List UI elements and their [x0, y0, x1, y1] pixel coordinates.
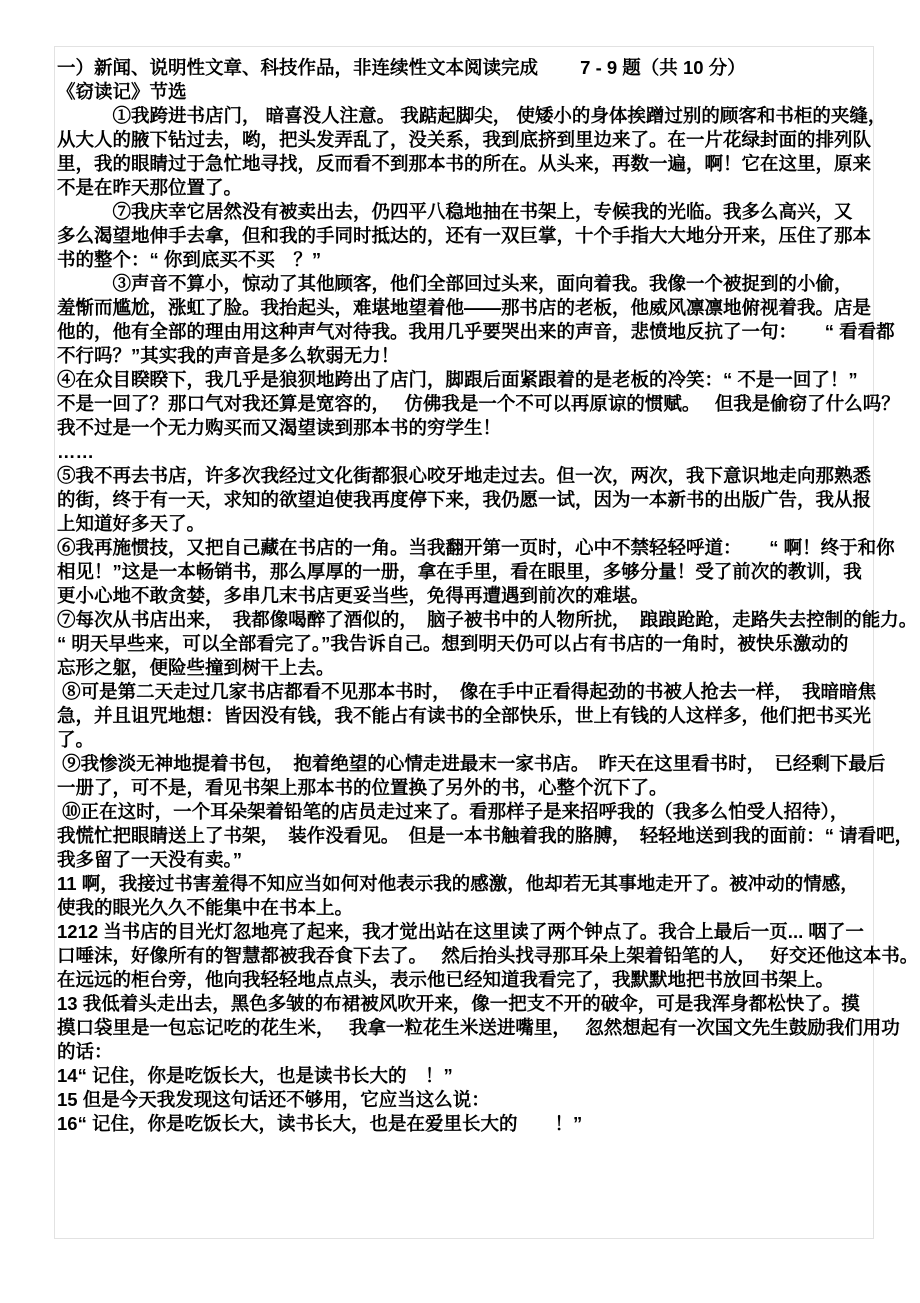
passage-line: 14“ 记住，你是吃饭长大，也是读书长大的 ！”: [57, 1064, 883, 1088]
passage-line: ⑤我不再去书店，许多次我经过文化街都狠心咬牙地走过去。但一次，两次，我下意识地走…: [57, 464, 883, 488]
passage-line: 书的整个：“ 你到底买不买 ？”: [57, 248, 883, 272]
passage-line: 里，我的眼睛过于急忙地寻找，反而看不到那本书的所在。从头来，再数一遍，啊！它在这…: [57, 152, 883, 176]
passage-line: 急，并且诅咒地想：皆因没有钱，我不能占有读书的全部快乐，世上有钱的人这样多，他们…: [57, 704, 883, 728]
passage-line: 11 啊，我接过书害羞得不知应当如何对他表示我的感激，他却若无其事地走开了。被冲…: [57, 872, 883, 896]
passage-line: ⑥我再施惯技，又把自己藏在书店的一角。当我翻开第一页时，心中不禁轻轻呼道： “ …: [57, 536, 883, 560]
passage-container: 一）新闻、说明性文章、科技作品，非连续性文本阅读完成 7 - 9 题（共 10 …: [57, 56, 883, 1136]
passage-line: 更小心地不敢贪婪，多串几末书店更妥当些，免得再遭遇到前次的难堪。: [57, 584, 883, 608]
passage-line: 从大人的腋下钻过去，哟，把头发弄乱了，没关系，我到底挤到里边来了。在一片花绿封面…: [57, 128, 883, 152]
passage-line: 在远远的柜台旁，他向我轻轻地点点头，表示他已经知道我看完了，我默默地把书放回书架…: [57, 968, 883, 992]
passage-line: 的街，终于有一天，求知的欲望迫使我再度停下来，我仍愿一试，因为一本新书的出版广告…: [57, 488, 883, 512]
passage-line: 了。: [57, 728, 883, 752]
passage-line: 我多留了一天没有卖。”: [57, 848, 883, 872]
passage-line: 摸口袋里是一包忘记吃的花生米， 我拿一粒花生米送进嘴里， 忽然想起有一次国文先生…: [57, 1016, 883, 1040]
passage-line: 相见！”这是一本畅销书，那么厚厚的一册，拿在手里，看在眼里，多够分量！受了前次的…: [57, 560, 883, 584]
passage-line: 多么渴望地伸手去拿，但和我的手同时抵达的，还有一双巨掌，十个手指大大地分开来，压…: [57, 224, 883, 248]
passage-line: ⑨我惨淡无神地提着书包， 抱着绝望的心情走进最末一家书店。 昨天在这里看书时， …: [57, 752, 883, 776]
passage-line: 一册了，可不是，看见书架上那本书的位置换了另外的书，心整个沉下了。: [57, 776, 883, 800]
passage-line: ⑦我庆幸它居然没有被卖出去，仍四平八稳地抽在书架上，专候我的光临。我多么高兴，又: [57, 200, 883, 224]
passage-line: ③声音不算小，惊动了其他顾客，他们全部回过头来，面向着我。我像一个被捉到的小偷，: [57, 272, 883, 296]
passage-line: 他的，他有全部的理由用这种声气对待我。我用几乎要哭出来的声音，悲愤地反抗了一句：…: [57, 320, 883, 344]
passage-line: 13 我低着头走出去，黑色多皱的布裙被风吹开来，像一把支不开的破伞，可是我浑身都…: [57, 992, 883, 1016]
passage-line: 15 但是今天我发现这句话还不够用，它应当这么说：: [57, 1088, 883, 1112]
passage-line: 不是在昨天那位置了。: [57, 176, 883, 200]
passage-line: 上知道好多天了。: [57, 512, 883, 536]
passage-body: ①我跨进书店门， 暗喜没人注意。 我踮起脚尖， 使矮小的身体挨蹭过别的顾客和书柜…: [57, 104, 883, 1136]
passage-line: ⑩正在这时，一个耳朵架着铅笔的店员走过来了。看那样子是来招呼我的（我多么怕受人招…: [57, 800, 883, 824]
passage-line: “ 明天早些来，可以全部看完了。”我告诉自己。想到明天仍可以占有书店的一角时，被…: [57, 632, 883, 656]
passage-title: 《窃读记》节选: [57, 80, 883, 104]
passage-line: 我慌忙把眼睛送上了书架， 装作没看见。 但是一本书触着我的胳膊， 轻轻地送到我的…: [57, 824, 883, 848]
passage-line: ⑦每次从书店出来， 我都像喝醉了酒似的， 脑子被书中的人物所扰， 踉踉跄跄，走路…: [57, 608, 883, 632]
passage-line: ⑧可是第二天走过几家书店都看不见那本书时， 像在手中正看得起劲的书被人抢去一样，…: [57, 680, 883, 704]
passage-line: 不行吗？”其实我的声音是多么软弱无力！: [57, 344, 883, 368]
passage-line: 1212 当书店的目光灯忽地亮了起来，我才觉出站在这里读了两个钟点了。我合上最后…: [57, 920, 883, 944]
passage-line: 羞惭而尴尬，涨虹了脸。我抬起头，难堪地望着他——那书店的老板，他威风凛凛地俯视着…: [57, 296, 883, 320]
passage-line: ①我跨进书店门， 暗喜没人注意。 我踮起脚尖， 使矮小的身体挨蹭过别的顾客和书柜…: [57, 104, 883, 128]
passage-line: 口唾沫，好像所有的智慧都被我吞食下去了。 然后抬头找寻那耳朵上架着铅笔的人， 好…: [57, 944, 883, 968]
passage-line: ……: [57, 440, 883, 464]
passage-line: 的话：: [57, 1040, 883, 1064]
document-page: 一）新闻、说明性文章、科技作品，非连续性文本阅读完成 7 - 9 题（共 10 …: [0, 0, 920, 1303]
passage-line: 使我的眼光久久不能集中在书本上。: [57, 896, 883, 920]
passage-line: 不是一回了？那口气对我还算是宽容的， 仿佛我是一个不可以再原谅的惯赋。 但我是偷…: [57, 392, 883, 416]
passage-line: 16“ 记住，你是吃饭长大，读书长大，也是在爱里长大的 ！”: [57, 1112, 883, 1136]
passage-line: 忘形之躯，便险些撞到树干上去。: [57, 656, 883, 680]
passage-line: ④在众目睽睽下，我几乎是狼狈地跨出了店门，脚跟后面紧跟着的是老板的冷笑：“ 不是…: [57, 368, 883, 392]
passage-line: 我不过是一个无力购买而又渴望读到那本书的穷学生！: [57, 416, 883, 440]
section-header: 一）新闻、说明性文章、科技作品，非连续性文本阅读完成 7 - 9 题（共 10 …: [57, 56, 883, 80]
